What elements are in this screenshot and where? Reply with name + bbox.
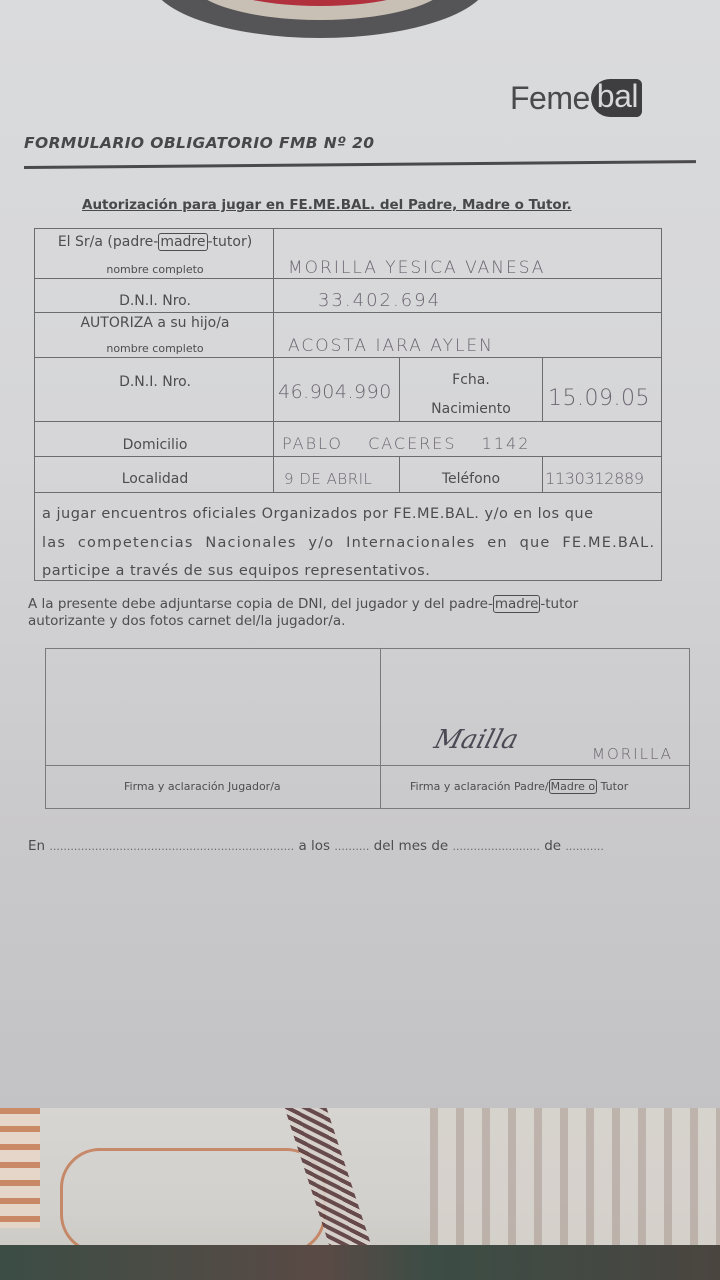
- phone-value[interactable]: 1130312889: [545, 469, 644, 488]
- logo-prefix: Feme: [510, 80, 590, 117]
- date-day-label: a los: [298, 838, 330, 854]
- cloth-pattern-balusters: [0, 1108, 40, 1228]
- address-label: Domicilio: [40, 437, 270, 453]
- child-name-value[interactable]: ACOSTA IARA AYLEN: [288, 336, 494, 356]
- date-year-label: de: [544, 838, 561, 854]
- birth-date-label-2: Nacimiento: [400, 401, 542, 417]
- sig-border-left: [45, 648, 46, 808]
- table-row-divider: [34, 421, 662, 422]
- table-border-top: [34, 228, 662, 229]
- sig-col-divider: [380, 648, 381, 808]
- guardian-signature-role-circled: Madre o: [549, 779, 598, 794]
- paragraph-line-2: las competencias Nacionales y/o Internac…: [42, 535, 655, 551]
- table-row-divider: [34, 357, 662, 358]
- note-line-1-post: -tutor: [540, 596, 578, 612]
- table-border-left: [34, 228, 35, 580]
- table-row-divider: [34, 312, 662, 313]
- guardian-printed-name[interactable]: MORILLA: [592, 745, 673, 763]
- note-role-circled: madre: [493, 595, 541, 613]
- guardian-header-pre: El Sr/a (padre-: [58, 234, 159, 250]
- locality-label: Localidad: [40, 471, 270, 487]
- note-line-1: A la presente debe adjuntarse copia de D…: [28, 596, 578, 612]
- form-title: FORMULARIO OBLIGATORIO FMB Nº 20: [24, 134, 374, 152]
- cloth-pattern-lamp: [60, 1148, 326, 1254]
- table-cell-divider: [542, 456, 543, 492]
- address-value[interactable]: PABLO CACERES 1142: [282, 434, 530, 453]
- table-cell-divider: [542, 357, 543, 421]
- guardian-name-value[interactable]: MORILLA YESICA VANESA: [288, 258, 545, 278]
- guardian-dni-value[interactable]: 33.402.694: [318, 290, 441, 311]
- child-dni-label: D.N.I. Nro.: [40, 374, 270, 390]
- guardian-header: El Sr/a (padre-madre-tutor): [40, 234, 270, 250]
- date-line: En .....................................…: [28, 838, 604, 854]
- date-month-label: del mes de: [374, 838, 449, 854]
- table-col-divider: [273, 228, 274, 492]
- birth-date-value[interactable]: 15.09.05: [548, 386, 650, 411]
- note-line-1-pre: A la presente debe adjuntarse copia de D…: [28, 596, 493, 612]
- phone-label: Teléfono: [400, 471, 542, 487]
- paragraph-line-3: participe a través de sus equipos repres…: [42, 563, 430, 579]
- child-dni-value[interactable]: 46.904.990: [278, 381, 392, 403]
- logo-badge: bal: [591, 79, 642, 117]
- sig-row-divider: [45, 765, 690, 766]
- guardian-signature-label-pre: Firma y aclaración Padre/: [410, 780, 549, 793]
- guardian-name-label: nombre completo: [40, 263, 270, 276]
- date-month-blank[interactable]: .........................: [453, 840, 540, 853]
- guardian-signature[interactable]: Mailla: [431, 725, 522, 755]
- floor-background: [0, 1245, 720, 1280]
- sig-border-top: [45, 648, 690, 649]
- player-signature-label: Firma y aclaración Jugador/a: [124, 780, 281, 793]
- table-row-divider: [34, 492, 662, 493]
- table-border-bottom: [34, 580, 662, 581]
- guardian-signature-label-post: Tutor: [597, 780, 628, 793]
- authorizes-label: AUTORIZA a su hijo/a: [40, 315, 270, 331]
- locality-value[interactable]: 9 DE ABRIL: [284, 470, 372, 488]
- guardian-dni-label: D.N.I. Nro.: [40, 293, 270, 309]
- sig-border-right: [689, 648, 690, 808]
- paragraph-line-1: a jugar encuentros oficiales Organizados…: [42, 506, 594, 522]
- guardian-header-post: -tutor): [208, 234, 253, 250]
- table-row-divider: [34, 278, 662, 279]
- date-en-label: En: [28, 838, 45, 854]
- femebal-logo: Femebal: [510, 78, 642, 118]
- date-place-blank[interactable]: ........................................…: [49, 840, 294, 853]
- note-line-2: autorizante y dos fotos carnet del/la ju…: [28, 613, 345, 629]
- sig-border-bottom: [45, 808, 690, 809]
- guardian-role-circled: madre: [158, 233, 207, 251]
- guardian-signature-label: Firma y aclaración Padre/Madre o Tutor: [410, 780, 628, 793]
- birth-date-label-1: Fcha.: [400, 372, 542, 388]
- form-subtitle: Autorización para jugar en FE.ME.BAL. de…: [82, 197, 572, 213]
- table-border-right: [661, 228, 662, 580]
- child-name-label: nombre completo: [40, 342, 270, 355]
- date-day-blank[interactable]: ..........: [334, 840, 369, 853]
- date-year-blank[interactable]: ...........: [565, 840, 603, 853]
- table-row-divider: [34, 456, 662, 457]
